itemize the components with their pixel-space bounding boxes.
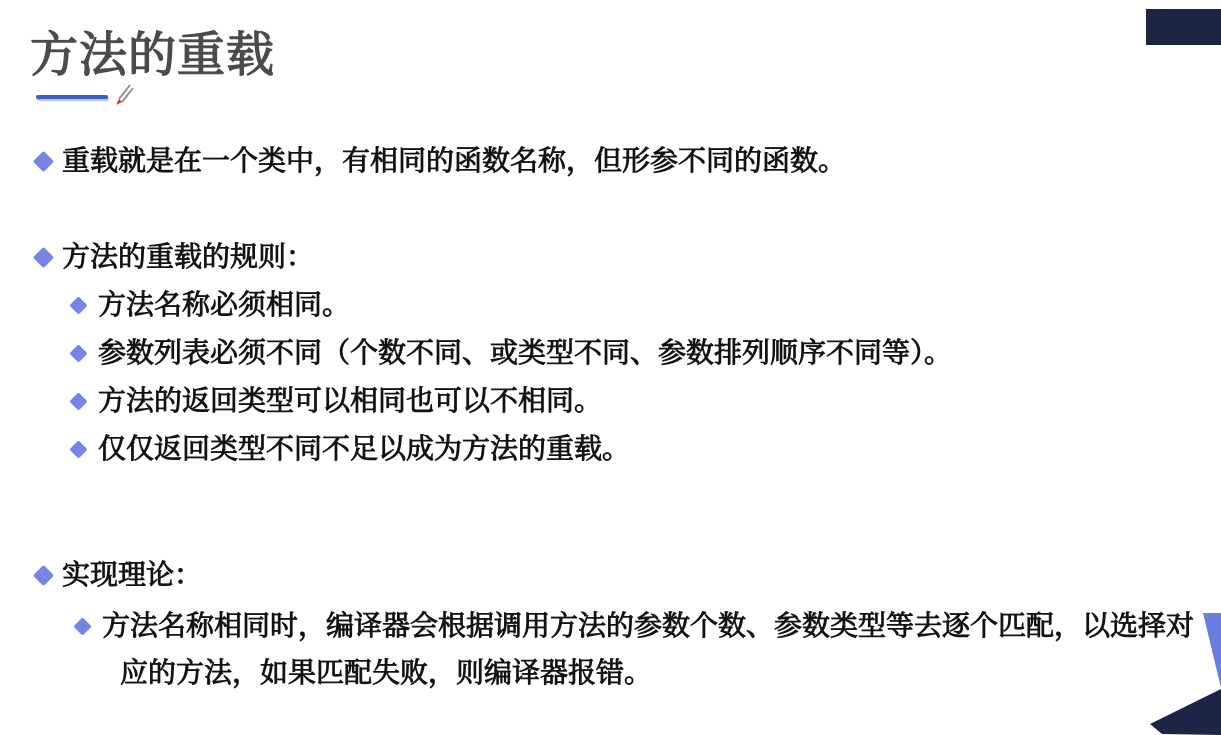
- bullet-rule-1: 方法名称必须相同。: [68, 291, 350, 319]
- pen-icon: [112, 82, 134, 108]
- top-right-bar-decoration: [1146, 9, 1221, 45]
- bullet-theory-detail: 方法名称相同时，编译器会根据调用方法的参数个数、参数类型等去逐个匹配，以选择对 …: [72, 612, 1194, 687]
- diamond-bullet-icon: [72, 616, 92, 636]
- diamond-bullet-icon: [68, 439, 88, 459]
- presentation-slide: 方法的重载 重载就是在一个类中，有相同的函数名称，但形参不同的函数。 方法的重载…: [0, 0, 1221, 735]
- bullet-rule-3: 方法的返回类型可以相同也可以不相同。: [68, 387, 602, 415]
- diamond-bullet-icon: [32, 150, 54, 172]
- diamond-bullet-icon: [32, 564, 54, 586]
- bullet-text: 仅仅返回类型不同不足以成为方法的重载。: [98, 435, 630, 463]
- bullet-text: 方法的重载的规则：: [62, 243, 314, 271]
- page-title: 方法的重载: [30, 16, 275, 85]
- bullet-text: 方法名称必须相同。: [98, 291, 350, 319]
- bullet-definition: 重载就是在一个类中，有相同的函数名称，但形参不同的函数。: [32, 147, 846, 175]
- diamond-bullet-icon: [68, 391, 88, 411]
- right-edge-wedge-decoration: [1200, 611, 1221, 690]
- bullet-text: 实现理论：: [62, 561, 202, 589]
- bullet-text: 方法的返回类型可以相同也可以不相同。: [98, 387, 602, 415]
- diamond-bullet-icon: [68, 343, 88, 363]
- diamond-bullet-icon: [68, 295, 88, 315]
- bullet-text-line2: 应的方法，如果匹配失败，则编译器报错。: [72, 659, 1194, 687]
- bullet-rule-2: 参数列表必须不同（个数不同、或类型不同、参数排列顺序不同等）。: [68, 339, 952, 367]
- bullet-text: 参数列表必须不同（个数不同、或类型不同、参数排列顺序不同等）。: [98, 339, 952, 367]
- bottom-right-corner-decoration: [1148, 686, 1221, 735]
- bullet-text: 重载就是在一个类中，有相同的函数名称，但形参不同的函数。: [62, 147, 846, 175]
- bullet-theory-header: 实现理论：: [32, 561, 202, 589]
- bullet-rule-4: 仅仅返回类型不同不足以成为方法的重载。: [68, 435, 630, 463]
- bullet-rules-header: 方法的重载的规则：: [32, 243, 314, 271]
- bullet-text-line1: 方法名称相同时，编译器会根据调用方法的参数个数、参数类型等去逐个匹配，以选择对: [102, 612, 1194, 640]
- diamond-bullet-icon: [32, 246, 54, 268]
- title-underline: [36, 95, 108, 99]
